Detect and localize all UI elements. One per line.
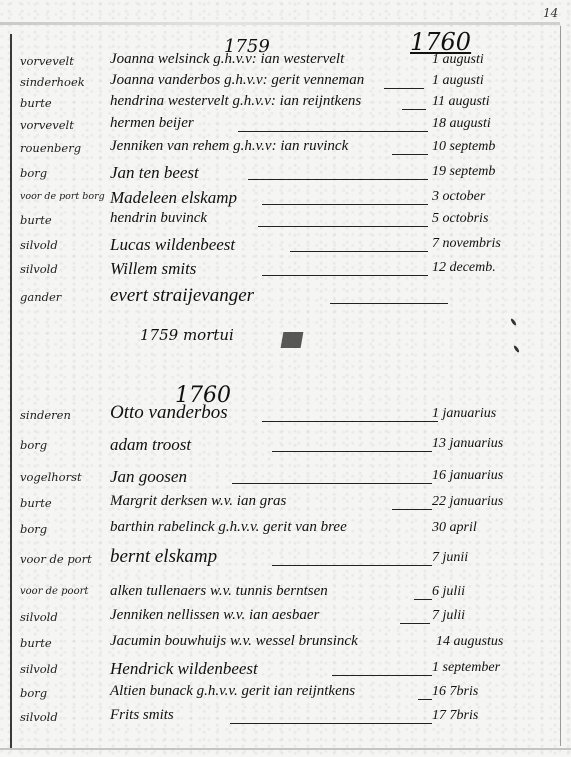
- entry-name: Jenniken van rehem g.h.v.v: ian ruvinck: [110, 138, 348, 155]
- entry-name: Jan goosen: [110, 467, 187, 487]
- leader-line: [232, 483, 432, 484]
- entry-name: Altien bunack g.h.v.v. gerit ian reijntk…: [110, 683, 355, 700]
- entry-name: Otto vanderbos: [110, 402, 228, 424]
- entry-place: silvold: [20, 610, 118, 624]
- register-entry: borg barthin rabelinck g.h.v.v. gerit va…: [0, 522, 560, 548]
- leader-line: [392, 509, 432, 510]
- leader-line: [230, 723, 432, 724]
- leader-line: [262, 421, 438, 422]
- leader-line: [402, 109, 426, 110]
- entry-place: borg: [20, 166, 118, 180]
- entry-date: 22 januarius: [432, 494, 503, 510]
- entry-place: silvold: [20, 662, 118, 676]
- entry-name: Jacumin bouwhuijs w.v. wessel brunsinck: [110, 633, 358, 650]
- leader-line: [414, 599, 432, 600]
- page-number: 14: [543, 6, 558, 20]
- register-entry: borg adam troost 13 januarius: [0, 438, 560, 464]
- leader-line: [400, 623, 430, 624]
- entry-date: 16 januarius: [432, 468, 503, 484]
- leader-line: [392, 154, 428, 155]
- right-margin-rule: [560, 26, 561, 746]
- entry-date: 19 septemb: [432, 164, 495, 180]
- entry-date: 30 april: [432, 520, 477, 536]
- leader-line: [248, 179, 428, 180]
- entry-date: 5 octobris: [432, 211, 488, 227]
- entry-date: 18 augusti: [432, 116, 491, 132]
- entry-place: rouenberg: [20, 141, 118, 155]
- entry-place: borg: [20, 686, 118, 700]
- leader-line: [384, 88, 424, 89]
- entry-place: silvold: [20, 710, 118, 724]
- entry-date: 1 augusti: [432, 52, 484, 68]
- entry-place: gander: [20, 290, 118, 304]
- leader-line: [272, 451, 432, 452]
- entry-name: Margrit derksen w.v. ian gras: [110, 493, 286, 510]
- entry-date: 7 julii: [432, 608, 465, 624]
- entry-name: Jan ten beest: [110, 163, 199, 183]
- mortui-note: 1759 mortui: [140, 326, 234, 344]
- leader-line: [332, 675, 432, 676]
- entry-date: 12 decemb.: [432, 260, 496, 276]
- entry-date: 1 september: [432, 660, 500, 676]
- entry-place: borg: [20, 522, 118, 536]
- leader-line: [418, 699, 432, 700]
- entry-name: Jenniken nellissen w.v. ian aesbaer: [110, 607, 319, 624]
- entry-name: Willem smits: [110, 259, 196, 279]
- entry-date: 7 novembris: [432, 236, 501, 252]
- page-top-edge: [0, 22, 560, 25]
- entry-name: Joanna vanderbos g.h.v.v: gerit venneman: [110, 72, 364, 89]
- entry-name: hendrina westervelt g.h.v.v: ian reijntk…: [110, 93, 361, 110]
- entry-date: 17 7bris: [432, 708, 478, 724]
- entry-date: 1 januarius: [432, 406, 496, 422]
- register-entry: burte Jacumin bouwhuijs w.v. wessel brun…: [0, 636, 560, 662]
- entry-name: Joanna welsinck g.h.v.v: ian westervelt: [110, 51, 344, 68]
- register-entry: sinderen Otto vanderbos 1 januarius: [0, 408, 560, 434]
- entry-name: Hendrick wildenbeest: [110, 659, 258, 679]
- leader-line: [262, 204, 428, 205]
- entry-place: vorvevelt: [20, 118, 118, 132]
- leader-line: [330, 303, 448, 304]
- entry-date: 14 augustus: [436, 634, 503, 650]
- entry-date: 6 julii: [432, 584, 465, 600]
- entry-name: barthin rabelinck g.h.v.v. gerit van bre…: [110, 519, 347, 536]
- entry-name: hendrin buvinck: [110, 210, 207, 227]
- entry-place: voor de port: [20, 552, 118, 566]
- entry-place: vogelhorst: [20, 470, 118, 484]
- entry-place: vorvevelt: [20, 54, 118, 68]
- entry-place: borg: [20, 438, 118, 452]
- entry-place: sinderen: [20, 408, 118, 422]
- entry-date: 1 augusti: [432, 73, 484, 89]
- ink-speck: [510, 318, 517, 326]
- register-entry: gander evert straijevanger: [0, 290, 560, 316]
- leader-line: [258, 226, 428, 227]
- entry-name: evert straijevanger: [110, 285, 254, 307]
- leader-line: [238, 131, 428, 132]
- ink-speck: [513, 345, 520, 353]
- entry-place: sinderhoek: [20, 75, 118, 89]
- entry-place: voor de port borg: [20, 191, 118, 202]
- register-entry: silvold Frits smits 17 7bris: [0, 710, 560, 736]
- ink-blot-mark: [281, 332, 304, 348]
- entry-name: Madeleen elskamp: [110, 188, 237, 208]
- entry-place: burte: [20, 636, 118, 650]
- entry-place: silvold: [20, 262, 118, 276]
- entry-place: burte: [20, 213, 118, 227]
- entry-date: 16 7bris: [432, 684, 478, 700]
- register-page: 14 1759 1760 vorvevelt Joanna welsinck g…: [0, 0, 571, 757]
- entry-name: Lucas wildenbeest: [110, 235, 235, 255]
- entry-date: 7 junii: [432, 550, 468, 566]
- entry-place: silvold: [20, 238, 118, 252]
- entry-date: 13 januarius: [432, 436, 503, 452]
- leader-line: [262, 275, 428, 276]
- entry-name: alken tullenaers w.v. tunnis berntsen: [110, 583, 328, 600]
- entry-name: adam troost: [110, 435, 191, 455]
- entry-place: burte: [20, 496, 118, 510]
- page-bottom-edge: [0, 748, 571, 750]
- register-entry: silvold Willem smits 12 decemb.: [0, 262, 560, 288]
- entry-date: 11 augusti: [432, 94, 490, 110]
- entry-date: 3 october: [432, 189, 485, 205]
- entry-name: Frits smits: [110, 707, 174, 724]
- leader-line: [272, 565, 432, 566]
- entry-date: 10 septemb: [432, 139, 495, 155]
- entry-place: burte: [20, 96, 118, 110]
- register-entry: voor de port bernt elskamp 7 junii: [0, 552, 560, 578]
- entry-place: voor de poort: [20, 586, 118, 597]
- entry-name: hermen beijer: [110, 115, 194, 132]
- leader-line: [290, 251, 428, 252]
- entry-name: bernt elskamp: [110, 546, 217, 568]
